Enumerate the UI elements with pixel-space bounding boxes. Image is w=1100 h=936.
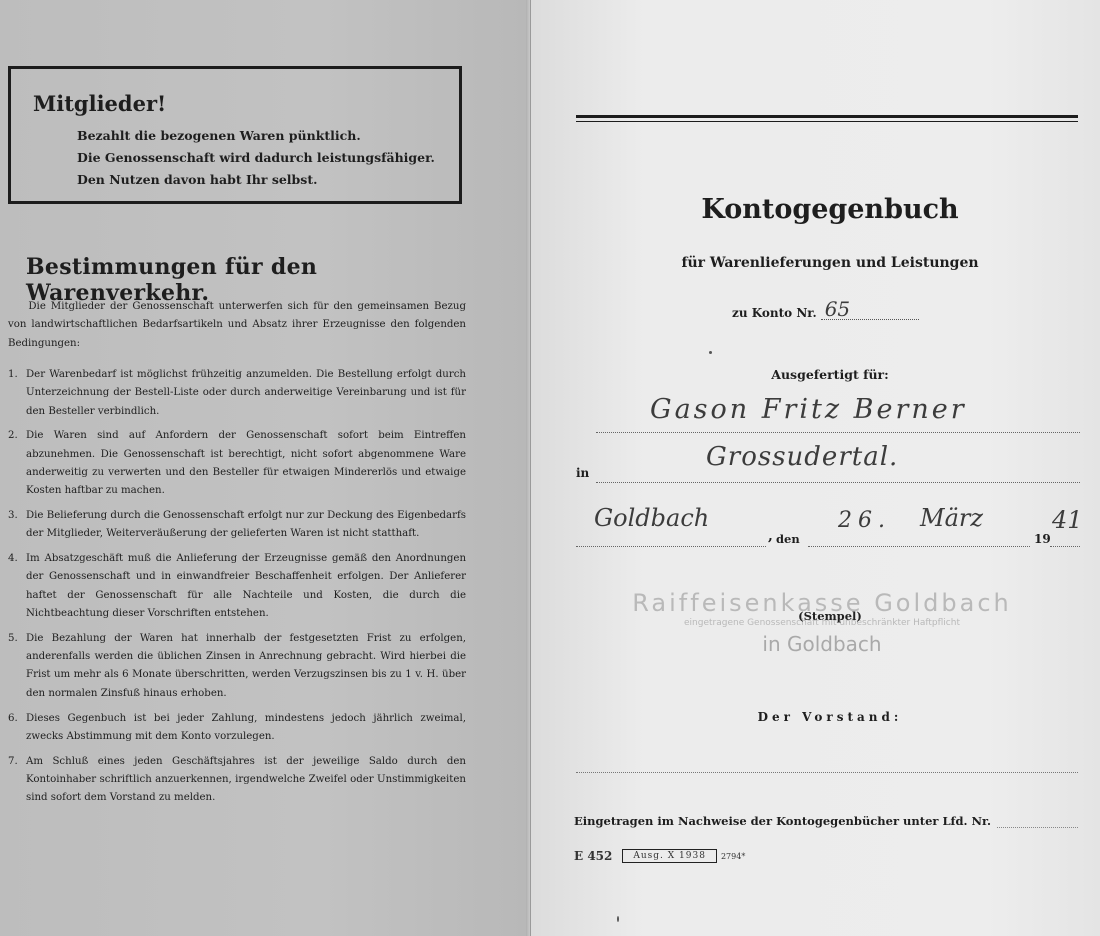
place-value: Grossudertal. [706,442,898,472]
rule-number: 5. [8,630,26,703]
rule-item: 1.Der Warenbedarf ist möglichst frühzeit… [8,366,466,421]
imprint-suffix: 2794* [721,852,745,861]
notice-line: Den Nutzen davon habt Ihr selbst. [77,169,435,191]
account-label: zu Konto Nr. [732,306,817,320]
paper-speck [709,351,712,354]
date-comma: , [768,528,773,544]
members-notice-box: Mitglieder! Bezahlt die bezogenen Waren … [8,66,462,204]
printer-imprint: E 452 Ausg. X 1938 2794* [574,849,745,863]
imprint-edition: Ausg. X 1938 [622,849,717,863]
paper-speck [617,916,619,922]
date-city-value: Goldbach [594,504,709,532]
date-row: Goldbach , den 26. März 19 41 [576,500,1080,548]
date-month-value: März [920,504,983,532]
rule-number: 4. [8,550,26,623]
document-subtitle: für Warenlieferungen und Leistungen [580,255,1080,271]
rule-item: 6.Dieses Gegenbuch ist bei jeder Zahlung… [8,710,466,747]
issued-for-label: Ausgefertigt für: [580,367,1080,382]
rule-number: 3. [8,507,26,544]
rule-text: Am Schluß eines jeden Geschäftsjahres is… [26,753,466,808]
rule-text: Die Bezahlung der Waren hat innerhalb de… [26,630,466,703]
registered-label: Eingetragen im Nachweise der Kontogegenb… [574,814,991,828]
place-label: in [576,466,589,480]
rule-number: 6. [8,710,26,747]
registered-row: Eingetragen im Nachweise der Kontogegenb… [574,808,1078,828]
header-double-rule [576,115,1078,122]
rule-item: 4.Im Absatzgeschäft muß die Anlieferung … [8,550,466,623]
registered-number-field [997,813,1078,828]
rule-item: 2.Die Waren sind auf Anfordern der Genos… [8,427,466,500]
date-city-field: Goldbach [576,500,766,547]
date-day-value: 26. [838,508,891,533]
date-day-month-field: 26. März [808,500,1030,547]
rule-text: Der Warenbedarf ist möglichst frühzeitig… [26,366,466,421]
board-signature-line [576,772,1078,773]
rule-text: Im Absatzgeschäft muß die Anlieferung de… [26,550,466,623]
rule-item: 7.Am Schluß eines jeden Geschäftsjahres … [8,753,466,808]
date-den-label: den [776,532,800,546]
rule-item: 3.Die Belieferung durch die Genossenscha… [8,507,466,544]
notice-title: Mitglieder! [33,91,166,116]
rule-text: Die Waren sind auf Anfordern der Genosse… [26,427,466,500]
left-page: Mitglieder! Bezahlt die bezogenen Waren … [0,0,530,936]
rule-number: 1. [8,366,26,421]
rule-item: 5.Die Bezahlung der Waren hat innerhalb … [8,630,466,703]
rule-text: Dieses Gegenbuch ist bei jeder Zahlung, … [26,710,466,747]
date-century-label: 19 [1034,532,1051,546]
imprint-code: E 452 [574,849,612,863]
notice-lines: Bezahlt die bezogenen Waren pünktlich. D… [77,125,435,191]
rules-list: 1.Der Warenbedarf ist möglichst frühzeit… [8,366,466,814]
date-year-field: 41 [1050,500,1080,547]
date-year-value: 41 [1052,506,1083,534]
holder-name-field: Gason Fritz Berner [596,392,1080,433]
holder-name-value: Gason Fritz Berner [650,394,967,425]
board-label: Der Vorstand: [580,710,1080,724]
stamp-place: in Goldbach [612,632,1032,656]
notice-line: Die Genossenschaft wird dadurch leistung… [77,147,435,169]
notice-line: Bezahlt die bezogenen Waren pünktlich. [77,125,435,147]
place-field: Grossudertal. [596,442,1080,483]
document-title: Kontogegenbuch [580,194,1080,225]
stamp-label: (Stempel) [580,609,1080,623]
account-number-field: 65 [821,299,919,320]
rule-number: 2. [8,427,26,500]
account-number-row: zu Konto Nr. 65 [732,296,919,320]
rule-number: 7. [8,753,26,808]
rules-intro: Die Mitglieder der Genossenschaft unterw… [8,298,466,353]
rule-text: Die Belieferung durch die Genossenschaft… [26,507,466,544]
